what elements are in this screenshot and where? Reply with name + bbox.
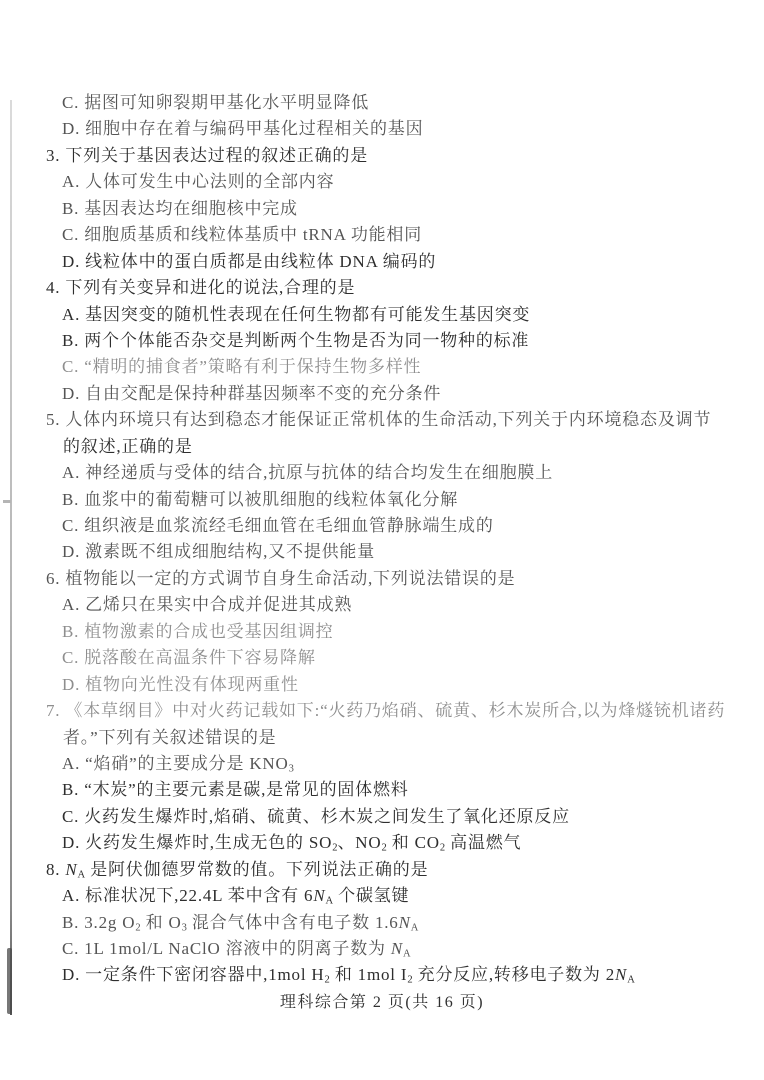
text-line: B. 基因表达均在细胞核中完成 (0, 196, 764, 222)
text-line: 4. 下列有关变异和进化的说法,合理的是 (0, 275, 764, 301)
text-line: D. 植物向光性没有体现两重性 (0, 672, 764, 698)
text-line: A. 乙烯只在果实中合成并促进其成熟 (0, 592, 764, 618)
text-line: A. 标准状况下,22.4L 苯中含有 6NA 个碳氢键 (0, 883, 764, 909)
text-line: D. 细胞中存在着与编码甲基化过程相关的基因 (0, 116, 764, 142)
text-line: A. 人体可发生中心法则的全部内容 (0, 169, 764, 195)
text-line: D. 线粒体中的蛋白质都是由线粒体 DNA 编码的 (0, 249, 764, 275)
text-line: C. “精明的捕食者”策略有利于保持生物多样性 (0, 354, 764, 380)
text-line: 7. 《本草纲目》中对火药记载如下:“火药乃焰硝、硫黄、杉木炭所合,以为烽燧铳机… (0, 698, 764, 724)
text-line: 5. 人体内环境只有达到稳态才能保证正常机体的生命活动,下列关于内环境稳态及调节 (0, 407, 764, 433)
question-text-block: C. 据图可知卵裂期甲基化水平明显降低D. 细胞中存在着与编码甲基化过程相关的基… (0, 90, 764, 989)
text-line: A. “焰硝”的主要成分是 KNO3 (0, 751, 764, 777)
text-line: B. 两个个体能否杂交是判断两个生物是否为同一物种的标准 (0, 328, 764, 354)
text-line: D. 激素既不组成细胞结构,又不提供能量 (0, 539, 764, 565)
text-line: C. 火药发生爆炸时,焰硝、硫黄、杉木炭之间发生了氧化还原反应 (0, 804, 764, 830)
text-line: 8. NA 是阿伏伽德罗常数的值。下列说法正确的是 (0, 857, 764, 883)
text-line: B. 3.2g O2 和 O3 混合气体中含有电子数 1.6NA (0, 910, 764, 936)
exam-page: C. 据图可知卵裂期甲基化水平明显降低D. 细胞中存在着与编码甲基化过程相关的基… (0, 0, 764, 1080)
text-line: D. 火药发生爆炸时,生成无色的 SO2、NO2 和 CO2 高温燃气 (0, 830, 764, 856)
text-line: C. 1L 1mol/L NaClO 溶液中的阴离子数为 NA (0, 936, 764, 962)
text-line: B. 植物激素的合成也受基因组调控 (0, 619, 764, 645)
page-footer: 理科综合第 2 页(共 16 页) (0, 989, 764, 1012)
text-line: 者。”下列有关叙述错误的是 (0, 725, 764, 751)
text-line: C. 组织液是血浆流经毛细血管在毛细血管静脉端生成的 (0, 513, 764, 539)
text-line: B. 血浆中的葡萄糖可以被肌细胞的线粒体氧化分解 (0, 487, 764, 513)
text-line: C. 据图可知卵裂期甲基化水平明显降低 (0, 90, 764, 116)
text-line: 6. 植物能以一定的方式调节自身生命活动,下列说法错误的是 (0, 566, 764, 592)
text-line: D. 一定条件下密闭容器中,1mol H2 和 1mol I2 充分反应,转移电… (0, 962, 764, 988)
text-line: A. 神经递质与受体的结合,抗原与抗体的结合均发生在细胞膜上 (0, 460, 764, 486)
text-line: C. 细胞质基质和线粒体基质中 tRNA 功能相同 (0, 222, 764, 248)
text-line: 的叙述,正确的是 (0, 434, 764, 460)
text-line: C. 脱落酸在高温条件下容易降解 (0, 645, 764, 671)
text-line: D. 自由交配是保持种群基因频率不变的充分条件 (0, 381, 764, 407)
text-line: 3. 下列关于基因表达过程的叙述正确的是 (0, 143, 764, 169)
text-line: B. “木炭”的主要元素是碳,是常见的固体燃料 (0, 777, 764, 803)
text-line: A. 基因突变的随机性表现在任何生物都有可能发生基因突变 (0, 302, 764, 328)
